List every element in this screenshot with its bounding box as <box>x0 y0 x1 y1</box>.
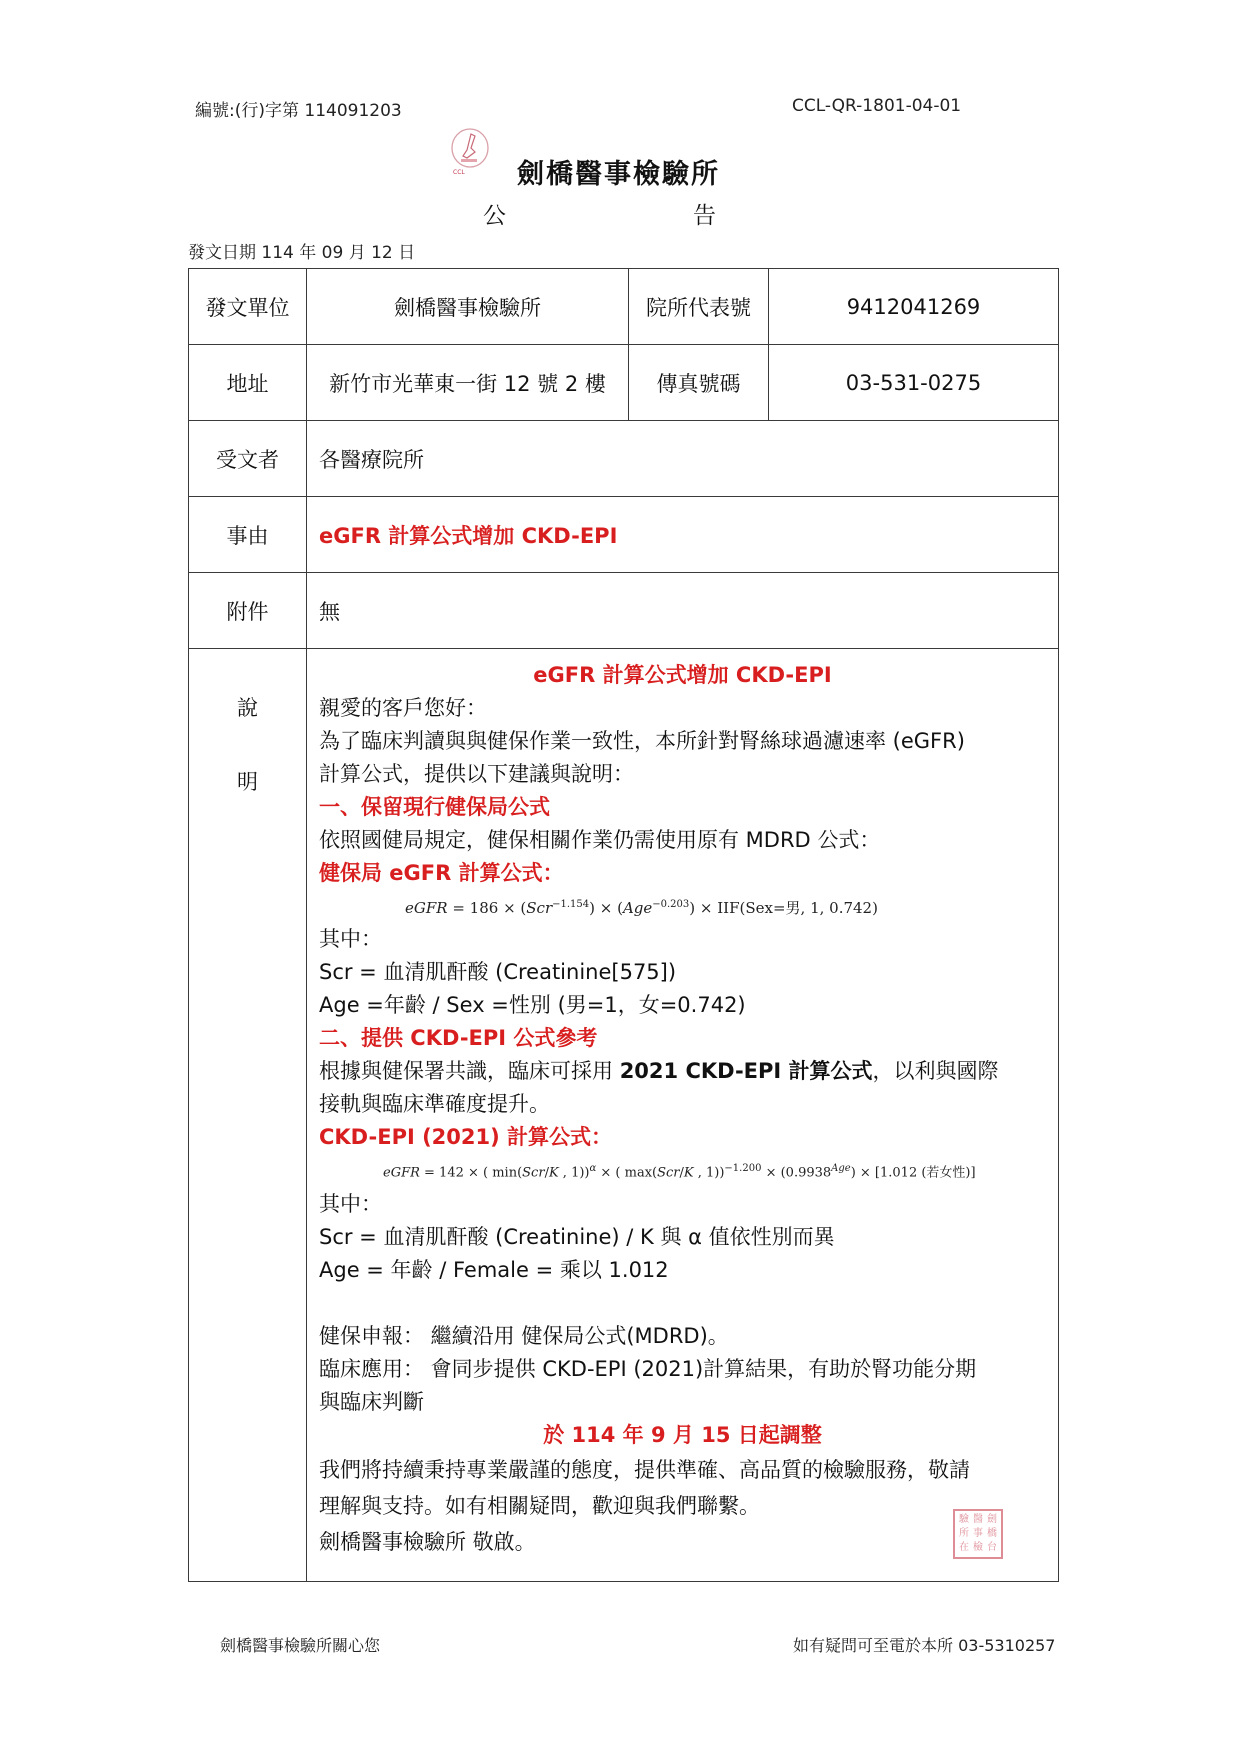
stamp-char: 台 <box>987 1542 997 1554</box>
description-label: 說 明 <box>189 649 307 1582</box>
recipient-value: 各醫療院所 <box>307 421 1059 497</box>
notice-table: 發文單位 劍橋醫事檢驗所 院所代表號 9412041269 地址 新竹市光華東一… <box>188 268 1059 1582</box>
footer-left: 劍橋醫事檢驗所關心您 <box>220 1633 380 1656</box>
announcement-label-right: 告 <box>693 197 716 230</box>
fax-label: 傳真號碼 <box>629 345 769 421</box>
mdrd-formula: eGFR = 186 × (Scr−1.154) × (Age−0.203) ×… <box>319 890 1046 923</box>
stamp-char: 醫 <box>973 1514 983 1526</box>
intro-line-2: 計算公式，提供以下建議與說明： <box>319 758 1046 791</box>
section-1-scr-def: Scr = 血清肌酐酸 (Creatinine[575]) <box>319 956 1046 989</box>
fax-value: 03-531-0275 <box>769 345 1059 421</box>
section-1-formula-title: 健保局 eGFR 計算公式： <box>319 857 1046 890</box>
description-label-bottom: 明 <box>201 745 294 819</box>
section-2-text-1a: 根據與健保署共識，臨床可採用 <box>319 1059 620 1083</box>
section-1-age-sex-def: Age =年齡 / Sex =性別 (男=1，女=0.742) <box>319 989 1046 1022</box>
clinical-use-line-1: 臨床應用： 會同步提供 CKD-EPI (2021)計算結果，有助於腎功能分期 <box>319 1353 1046 1386</box>
row-subject: 事由 eGFR 計算公式增加 CKD-EPI <box>189 497 1059 573</box>
ckd-epi-formula: eGFR = 142 × ( min(Scr/K , 1))α × ( max(… <box>319 1154 1046 1188</box>
document-number: 編號:(行)字第 114091203 <box>195 96 402 121</box>
row-issuer: 發文單位 劍橋醫事檢驗所 院所代表號 9412041269 <box>189 269 1059 345</box>
section-2-scr-def: Scr = 血清肌酐酸 (Creatinine) / K 與 α 值依性別而異 <box>319 1221 1046 1254</box>
issuer-label: 發文單位 <box>189 269 307 345</box>
closing-line-2: 理解與支持。如有相關疑問，歡迎與我們聯繫。 <box>319 1488 1046 1524</box>
section-2-where: 其中： <box>319 1188 1046 1221</box>
signature: 劍橋醫事檢驗所 敬啟。 <box>319 1524 1046 1560</box>
effective-date: 於 114 年 9 月 15 日起調整 <box>319 1419 1046 1452</box>
closing-line-1: 我們將持續秉持專業嚴謹的態度，提供準確、高品質的檢驗服務，敬請 <box>319 1452 1046 1488</box>
row-recipient: 受文者 各醫療院所 <box>189 421 1059 497</box>
stamp-char: 劍 <box>987 1514 997 1526</box>
stamp-char: 所 <box>959 1528 969 1540</box>
address-value: 新竹市光華東一街 12 號 2 樓 <box>307 345 629 421</box>
row-attachment: 附件 無 <box>189 573 1059 649</box>
section-2-text-1-bold: 2021 CKD-EPI 計算公式 <box>620 1059 873 1083</box>
address-label: 地址 <box>189 345 307 421</box>
section-2-text-1: 根據與健保署共識，臨床可採用 2021 CKD-EPI 計算公式，以利與國際 <box>319 1055 1046 1088</box>
organization-title: 劍橋醫事檢驗所 <box>517 152 720 191</box>
section-2-text-1b: ，以利與國際 <box>873 1059 999 1083</box>
attachment-label: 附件 <box>189 573 307 649</box>
issue-date: 發文日期 114 年 09 月 12 日 <box>188 238 415 263</box>
section-2-formula-title: CKD-EPI (2021) 計算公式： <box>319 1121 1046 1154</box>
form-code: CCL-QR-1801-04-01 <box>792 96 961 116</box>
svg-text:CCL: CCL <box>453 169 465 176</box>
subject-value: eGFR 計算公式增加 CKD-EPI <box>307 497 1059 573</box>
nhi-report-line: 健保申報： 繼續沿用 健保局公式(MDRD)。 <box>319 1320 1046 1353</box>
clinical-use-line-2: 與臨床判斷 <box>319 1386 1046 1419</box>
red-seal-stamp-icon: 驗 醫 劍 所 事 橋 在 檢 台 <box>953 1509 1003 1559</box>
stamp-char: 檢 <box>973 1542 983 1554</box>
attachment-value: 無 <box>307 573 1059 649</box>
microscope-logo-icon: CCL <box>449 128 491 176</box>
greeting: 親愛的客戶您好： <box>319 692 1046 725</box>
description-label-top: 說 <box>201 671 294 745</box>
section-1-title: 一、保留現行健保局公式 <box>319 791 1046 824</box>
intro-line-1: 為了臨床判讀與與健保作業一致性，本所針對腎絲球過濾速率 (eGFR) <box>319 725 1046 758</box>
section-1-where: 其中： <box>319 923 1046 956</box>
section-2-text-2: 接軌與臨床準確度提升。 <box>319 1088 1046 1121</box>
institution-code-value: 9412041269 <box>769 269 1059 345</box>
stamp-char: 事 <box>973 1528 983 1540</box>
stamp-char: 橋 <box>987 1528 997 1540</box>
issuer-value: 劍橋醫事檢驗所 <box>307 269 629 345</box>
row-description: 說 明 eGFR 計算公式增加 CKD-EPI 親愛的客戶您好： 為了臨床判讀與… <box>189 649 1059 1582</box>
subject-label: 事由 <box>189 497 307 573</box>
announcement-label-left: 公 <box>483 197 506 230</box>
section-2-age-female-def: Age = 年齡 / Female = 乘以 1.012 <box>319 1254 1046 1287</box>
section-1-text: 依照國健局規定，健保相關作業仍需使用原有 MDRD 公式： <box>319 824 1046 857</box>
body-heading: eGFR 計算公式增加 CKD-EPI <box>319 659 1046 692</box>
description-body: eGFR 計算公式增加 CKD-EPI 親愛的客戶您好： 為了臨床判讀與與健保作… <box>307 649 1059 1582</box>
stamp-char: 在 <box>959 1542 969 1554</box>
institution-code-label: 院所代表號 <box>629 269 769 345</box>
recipient-label: 受文者 <box>189 421 307 497</box>
stamp-char: 驗 <box>959 1514 969 1526</box>
spacer <box>319 1287 1046 1320</box>
row-address: 地址 新竹市光華東一街 12 號 2 樓 傳真號碼 03-531-0275 <box>189 345 1059 421</box>
section-2-title: 二、提供 CKD-EPI 公式參考 <box>319 1022 1046 1055</box>
footer-right: 如有疑問可至電於本所 03-5310257 <box>793 1633 1055 1656</box>
